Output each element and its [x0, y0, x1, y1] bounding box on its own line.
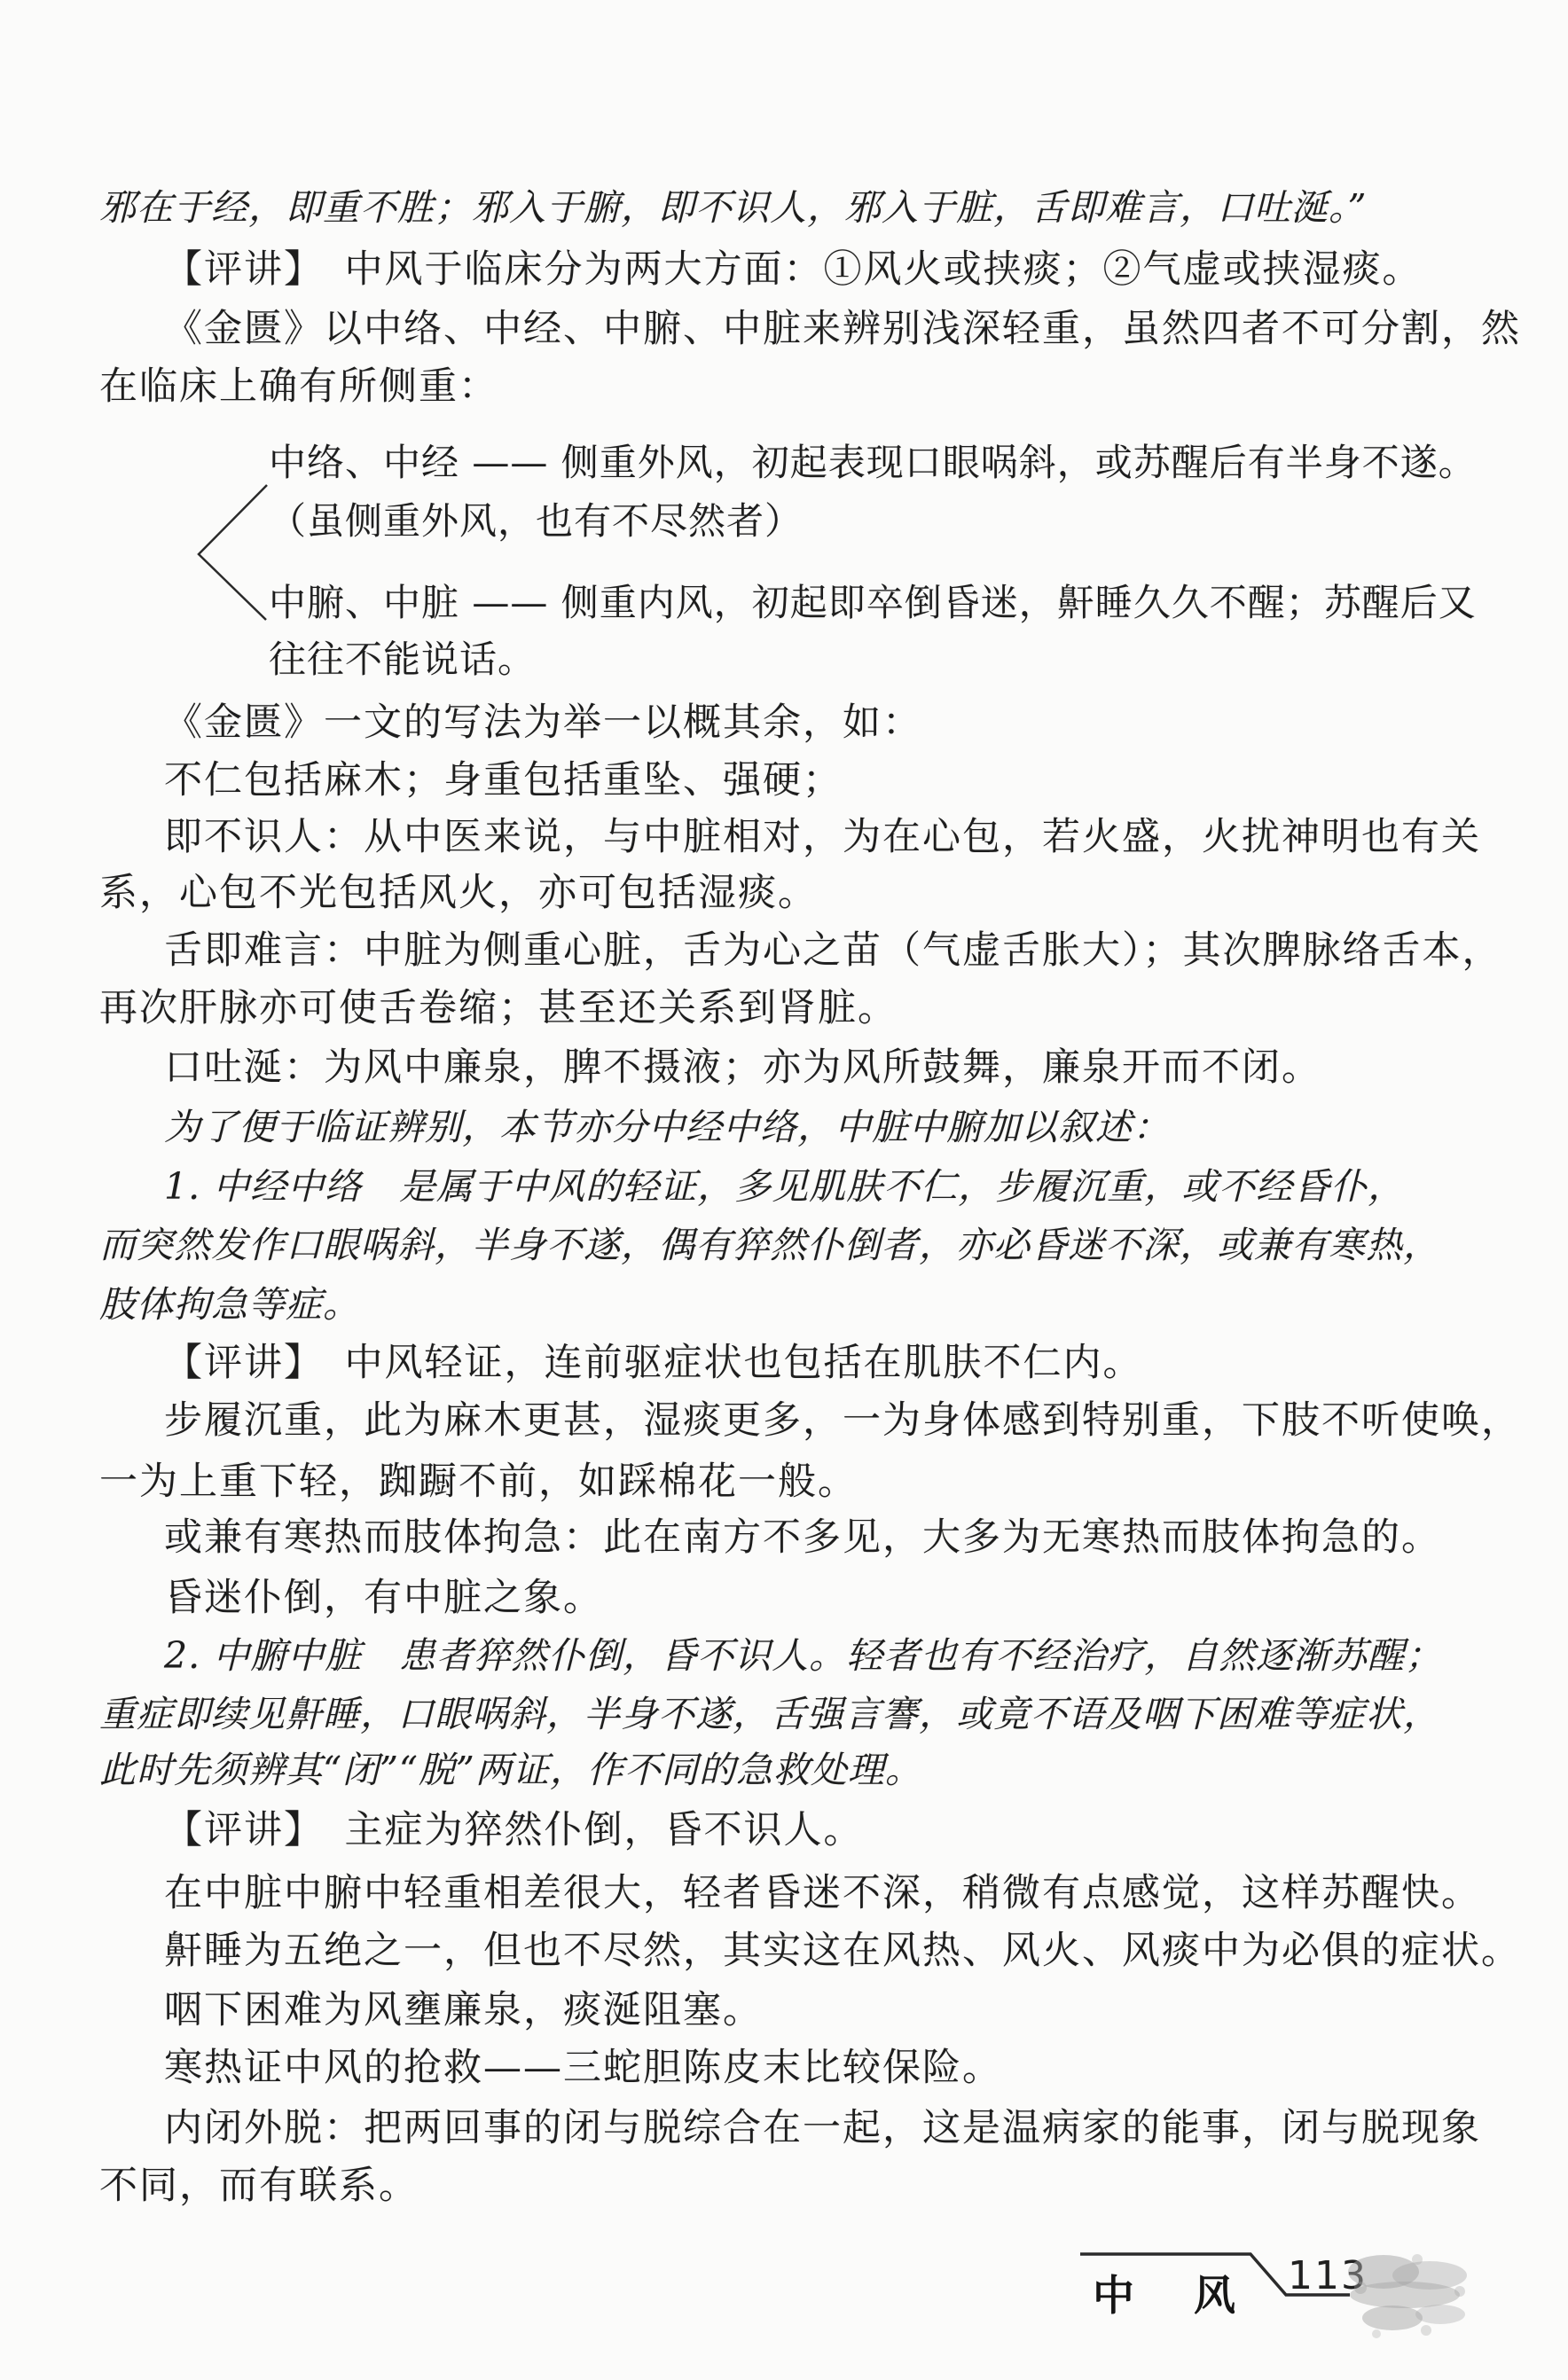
- text-line: 不同，而有联系。: [99, 2166, 419, 2206]
- text-line: 鼾睡为五绝之一，但也不尽然，其实这在风热、风火、风痰中为必俱的症状。: [164, 1931, 1521, 1971]
- footer-section-title: 中 风: [1093, 2263, 1244, 2322]
- text-line: 《金匮》以中络、中经、中腑、中脏来辨别浅深轻重，虽然四者不可分割，然: [164, 309, 1521, 349]
- text-line: 步履沉重，此为麻木更甚，湿痰更多，一为身体感到特别重，下肢不听使唤，: [164, 1401, 1521, 1441]
- text-line: 舌即难言：中脏为侧重心脏，舌为心之苗（气虚舌胀大）；其次脾脉络舌本，: [164, 931, 1502, 971]
- text-line: 【评讲】 中风于临床分为两大方面：①风火或挟痰；②气虚或挟湿痰。: [164, 250, 1423, 290]
- text-line: 口吐涎：为风中廉泉，脾不摄液；亦为风所鼓舞，廉泉开而不闭。: [164, 1048, 1321, 1088]
- text-line: 为了便于临证辨别，本节亦分中经中络，中脏中腑加以叙述：: [164, 1108, 1170, 1147]
- bracket-brace-graphic: [195, 481, 275, 625]
- text-line: 《金匮》一文的写法为举一以概其余，如：: [164, 703, 922, 743]
- diagram-line: 中腑、中脏 —— 侧重内风，初起即卒倒昏迷，鼾睡久久不醒；苏醒后又: [269, 583, 1477, 622]
- ink-stamp-graphic: [1341, 2245, 1474, 2343]
- text-line: 此时先须辨其“闭”“脱”两证，作不同的急救处理。: [99, 1751, 922, 1789]
- text-line: 邪在于经，即重不胜；邪入于腑，即不识人，邪入于脏，舌即难言，口吐涎。”: [99, 189, 1367, 227]
- text-line: 在中脏中腑中轻重相差很大，轻者昏迷不深，稍微有点感觉，这样苏醒快。: [164, 1874, 1481, 1914]
- text-line: 再次肝脉亦可使舌卷缩；甚至还关系到肾脏。: [99, 989, 898, 1029]
- text-line: 【评讲】 中风轻证，连前驱症状也包括在肌肤不仁内。: [164, 1343, 1143, 1383]
- book-page: 邪在于经，即重不胜；邪入于腑，即不识人，邪入于脏，舌即难言，口吐涎。” 【评讲】…: [0, 0, 1568, 2380]
- text-line: 【评讲】 主症为猝然仆倒，昏不识人。: [164, 1811, 864, 1851]
- text-line: 寒热证中风的抢救——三蛇胆陈皮末比较保险。: [164, 2048, 1002, 2088]
- text-line: 重症即续见鼾睡，口眼㖞斜，半身不遂，舌强言謇，或竟不语及咽下困难等症状，: [99, 1695, 1440, 1734]
- text-line: 昏迷仆倒，有中脏之象。: [164, 1578, 603, 1618]
- text-line: 肢体拘急等症。: [99, 1286, 360, 1324]
- text-line: 系，心包不光包括风火，亦可包括湿痰。: [99, 873, 818, 913]
- diagram-line: 中络、中经 —— 侧重外风，初起表现口眼㖞斜，或苏醒后有半身不遂。: [269, 443, 1477, 482]
- text-line: 在临床上确有所侧重：: [99, 367, 498, 407]
- text-line: 或兼有寒热而肢体拘急：此在南方不多见，大多为无寒热而肢体拘急的。: [164, 1518, 1441, 1558]
- text-line: 2. 中腑中脏 患者猝然仆倒，昏不识人。轻者也有不经治疗，自然逐渐苏醒；: [164, 1637, 1442, 1675]
- text-line: 一为上重下轻，踟蹰不前，如踩棉花一般。: [99, 1462, 858, 1502]
- diagram-line: （虽侧重外风，也有不尽然者）: [269, 502, 803, 541]
- text-line: 而突然发作口眼㖞斜，半身不遂，偶有猝然仆倒者，亦必昏迷不深，或兼有寒热，: [99, 1226, 1440, 1264]
- text-line: 即不识人：从中医来说，与中脏相对，为在心包，若火盛，火扰神明也有关: [164, 818, 1481, 857]
- diagram-line: 往往不能说话。: [269, 640, 536, 679]
- text-line: 咽下困难为风壅廉泉，痰涎阻塞。: [164, 1991, 763, 2031]
- text-line: 不仁包括麻木；身重包括重坠、强硬；: [164, 761, 843, 801]
- text-line: 1. 中经中络 是属于中风的轻证，多见肌肤不仁，步履沉重，或不经昏仆，: [164, 1168, 1405, 1206]
- text-line: 内闭外脱：把两回事的闭与脱综合在一起，这是温病家的能事，闭与脱现象: [164, 2109, 1481, 2149]
